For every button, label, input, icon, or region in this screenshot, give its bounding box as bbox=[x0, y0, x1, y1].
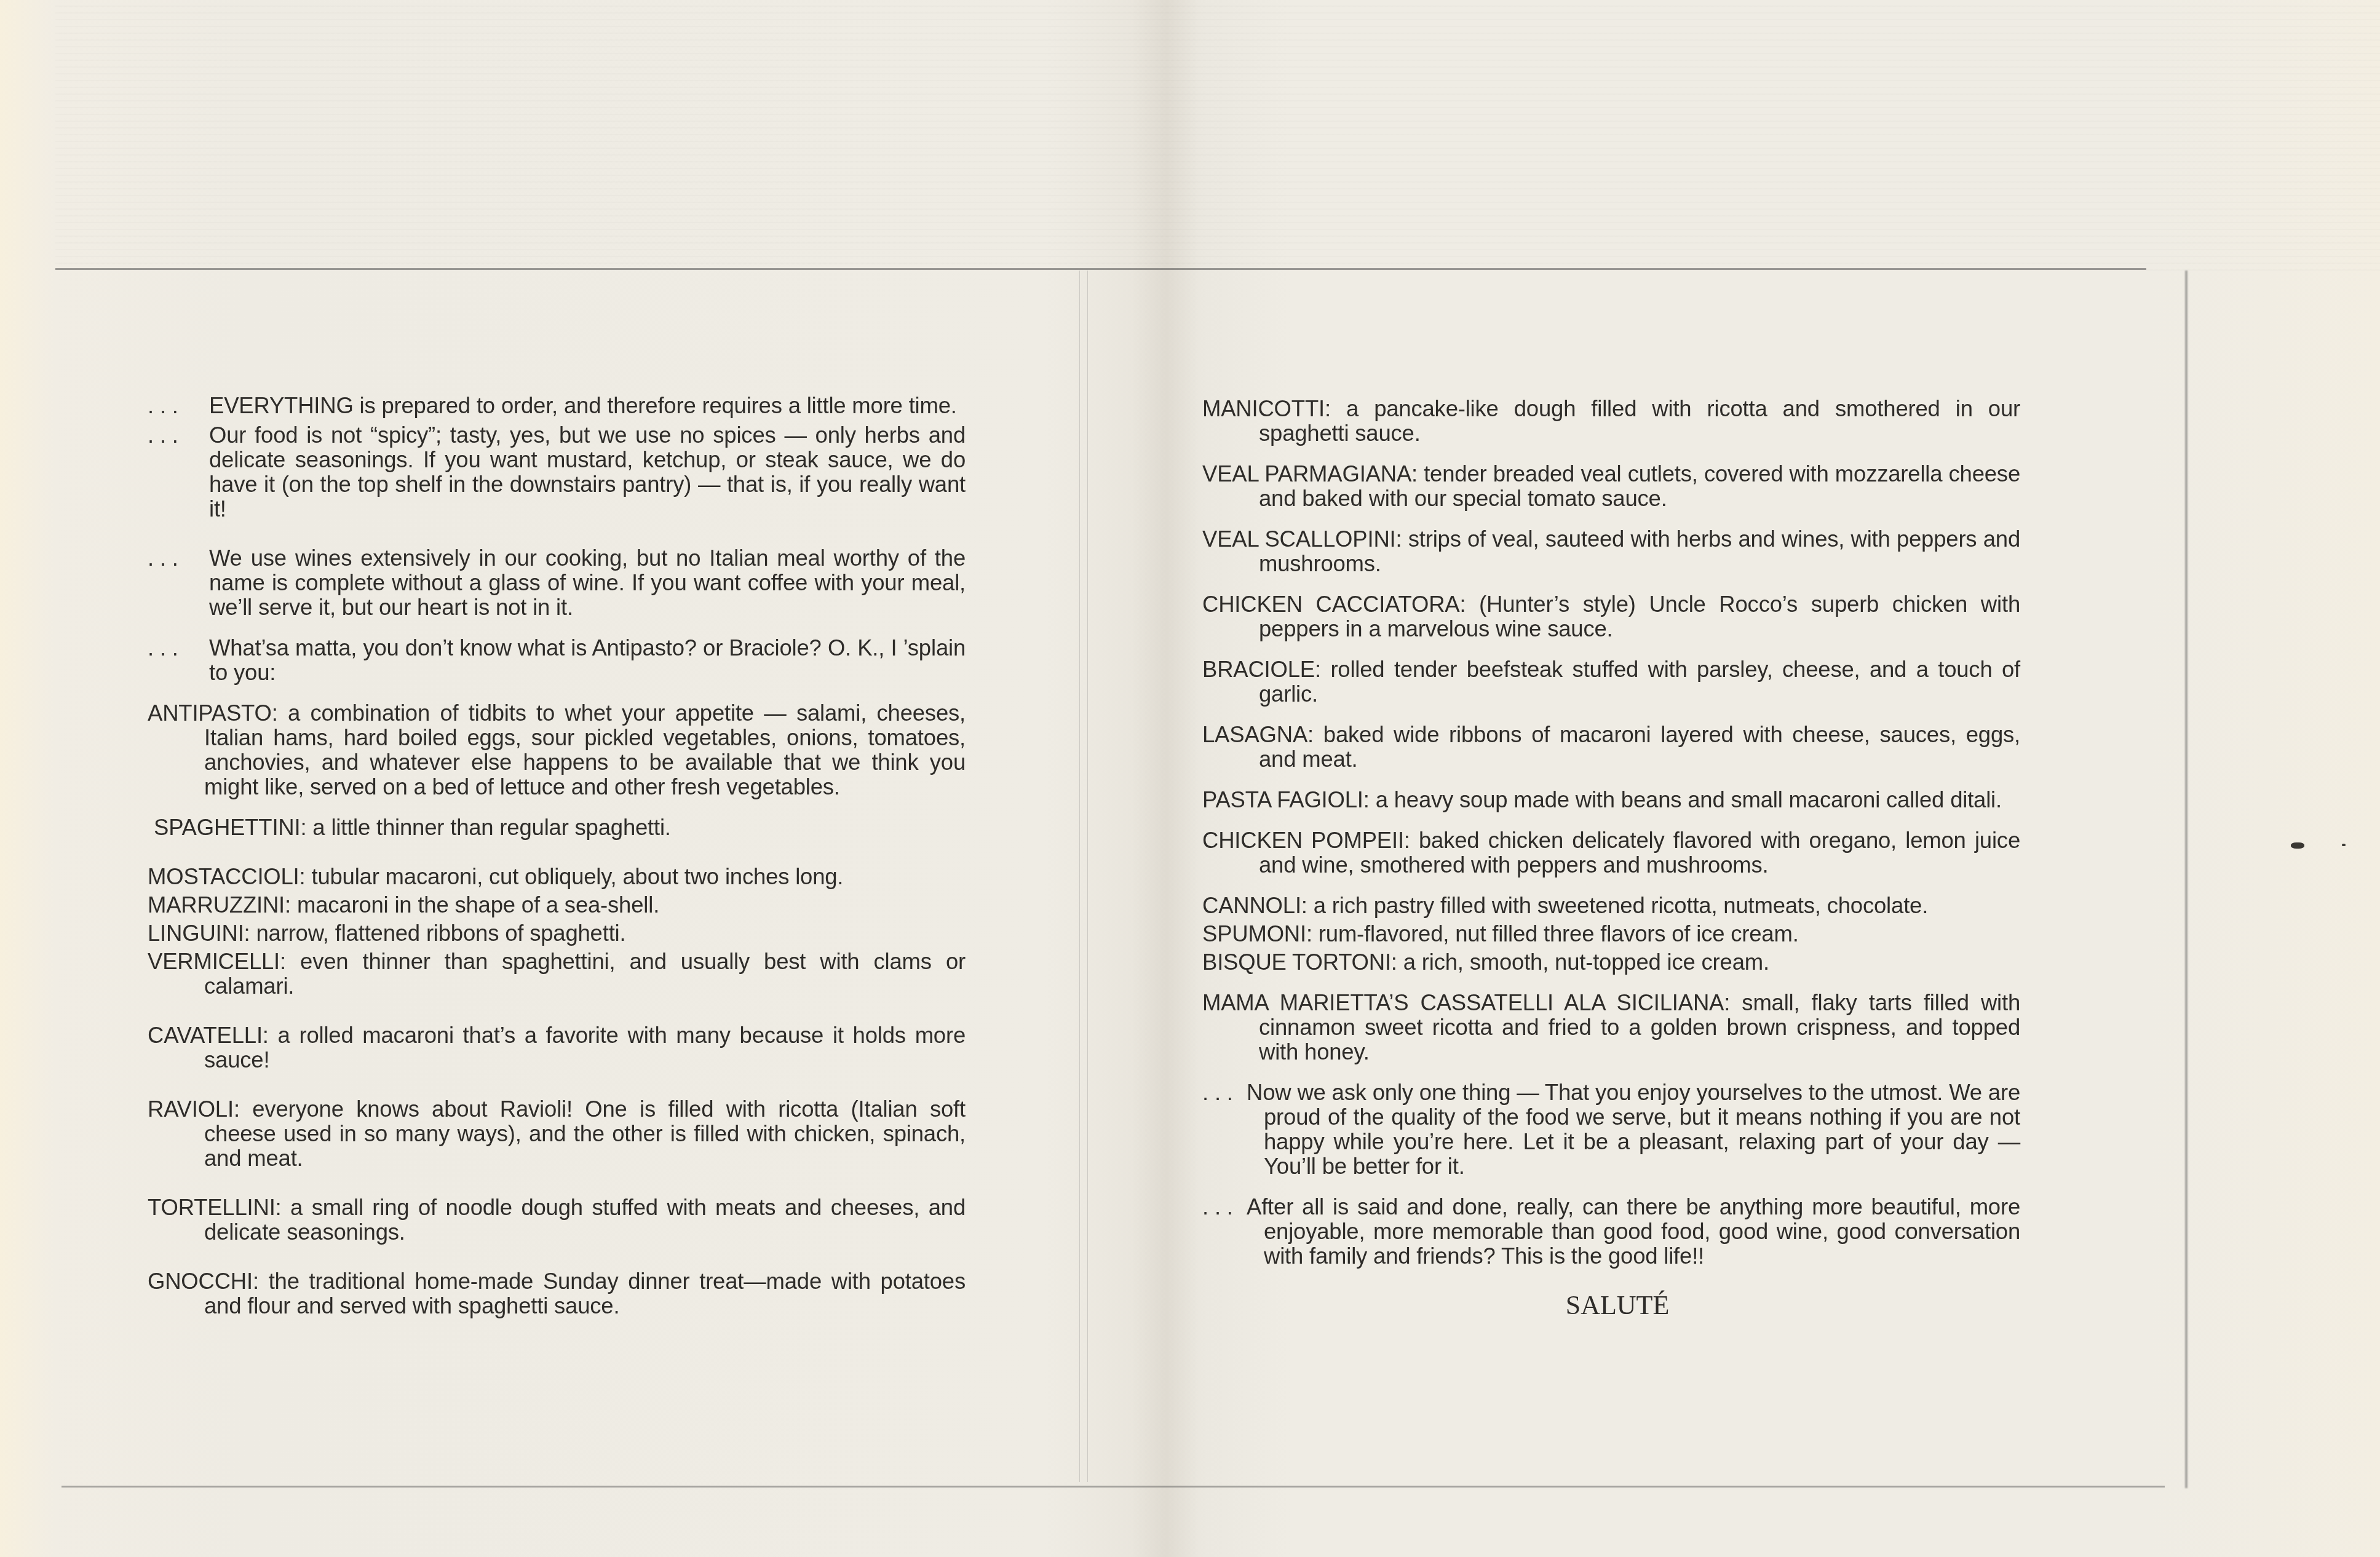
glossary-item-veal-scallopini: VEAL SCALLOPINI: strips of veal, sauteed… bbox=[1202, 527, 2020, 576]
glossary-item-manicotti: MANICOTTI: a pancake-like dough filled w… bbox=[1202, 397, 2020, 446]
paragraph-text: What’sa matta, you don’t know what is An… bbox=[209, 635, 966, 685]
glossary-definition: tubular macaroni, cut obliquely, about t… bbox=[311, 864, 843, 889]
scanned-top-margin bbox=[55, 0, 2380, 271]
glossary-term: TORTELLINI: bbox=[148, 1195, 282, 1220]
intro-paragraph: . . .We use wines extensively in our coo… bbox=[148, 546, 966, 620]
glossary-item-tortellini: TORTELLINI: a small ring of noodle dough… bbox=[148, 1195, 966, 1245]
glossary-term: VEAL PARMAGIANA: bbox=[1202, 461, 1418, 486]
glossary-definition: a pancake-like dough filled with ricotta… bbox=[1259, 396, 2020, 446]
glossary-item-pasta-fagioli: PASTA FAGIOLI: a heavy soup made with be… bbox=[1202, 788, 2020, 812]
ellipsis-lead: . . . bbox=[148, 636, 209, 660]
glossary-item-cavatelli: CAVATELLI: a rolled macaroni that’s a fa… bbox=[148, 1023, 966, 1072]
glossary-item-mostaccioli: MOSTACCIOLI: tubular macaroni, cut obliq… bbox=[148, 865, 966, 889]
ellipsis-lead: . . . bbox=[1202, 1080, 1247, 1105]
glossary-definition: baked wide ribbons of macaroni layered w… bbox=[1259, 722, 2020, 772]
glossary-term: ANTIPASTO: bbox=[148, 700, 278, 726]
glossary-definition: macaroni in the shape of a sea-shell. bbox=[297, 892, 659, 917]
glossary-definition: narrow, flattened ribbons of spaghetti. bbox=[256, 921, 626, 946]
paragraph-text: After all is said and done, really, can … bbox=[1247, 1194, 2020, 1269]
right-page-edge bbox=[2185, 271, 2188, 1488]
glossary-term: CHICKEN CACCIATORA: bbox=[1202, 592, 1466, 617]
paragraph-text: We use wines extensively in our cooking,… bbox=[209, 545, 966, 620]
glossary-term: CAVATELLI: bbox=[148, 1023, 269, 1048]
closing-paragraph: . . .After all is said and done, really,… bbox=[1202, 1195, 2020, 1269]
glossary-definition: rum-flavored, nut filled three flavors o… bbox=[1319, 921, 1799, 946]
glossary-definition: the traditional home-made Sunday dinner … bbox=[204, 1269, 966, 1318]
paragraph-text: Our food is not “spicy”; tasty, yes, but… bbox=[209, 422, 966, 521]
ellipsis-lead: . . . bbox=[148, 394, 209, 418]
glossary-term: RAVIOLI: bbox=[148, 1096, 240, 1122]
intro-paragraph: . . .Our food is not “spicy”; tasty, yes… bbox=[148, 423, 966, 521]
glossary-item-antipasto: ANTIPASTO: a combination of tidbits to w… bbox=[148, 701, 966, 799]
glossary-term: GNOCCHI: bbox=[148, 1269, 259, 1294]
glossary-item-cassatelli: MAMA MARIETTA’S CASSATELLI ALA SICILIANA… bbox=[1202, 991, 2020, 1064]
glossary-term: VERMICELLI: bbox=[148, 949, 286, 974]
glossary-term: BISQUE TORTONI: bbox=[1202, 949, 1397, 975]
glossary-definition: a heavy soup made with beans and small m… bbox=[1376, 787, 2002, 812]
top-fold-line bbox=[55, 268, 2146, 270]
glossary-definition: a rich, smooth, nut-topped ice cream. bbox=[1403, 949, 1769, 975]
glossary-item-braciole: BRACIOLE: rolled tender beefsteak stuffe… bbox=[1202, 657, 2020, 707]
ellipsis-lead: . . . bbox=[148, 546, 209, 571]
glossary-item-ravioli: RAVIOLI: everyone knows about Ravioli! O… bbox=[148, 1097, 966, 1171]
ellipsis-lead: . . . bbox=[1202, 1195, 1247, 1219]
glossary-item-lasagna: LASAGNA: baked wide ribbons of macaroni … bbox=[1202, 723, 2020, 772]
right-page-column: MANICOTTI: a pancake-like dough filled w… bbox=[1202, 397, 2020, 1318]
glossary-term: BRACIOLE: bbox=[1202, 657, 1321, 682]
glossary-term: CANNOLI: bbox=[1202, 893, 1307, 918]
signoff-salute: SALUTÉ bbox=[1202, 1293, 2020, 1318]
left-page-column: . . .EVERYTHING is prepared to order, an… bbox=[148, 394, 966, 1334]
glossary-item-bisque-tortoni: BISQUE TORTONI: a rich, smooth, nut-topp… bbox=[1202, 950, 2020, 975]
glossary-term: SPAGHETTINI: bbox=[154, 815, 306, 840]
faint-crease-line bbox=[1087, 271, 1088, 1482]
glossary-item-veal-parmagiana: VEAL PARMAGIANA: tender breaded veal cut… bbox=[1202, 462, 2020, 511]
glossary-item-linguini: LINGUINI: narrow, flattened ribbons of s… bbox=[148, 921, 966, 946]
paragraph-text: Now we ask only one thing — That you enj… bbox=[1247, 1080, 2020, 1179]
glossary-term: LASAGNA: bbox=[1202, 722, 1314, 747]
glossary-definition: a small ring of noodle dough stuffed wit… bbox=[204, 1195, 966, 1245]
glossary-item-gnocchi: GNOCCHI: the traditional home-made Sunda… bbox=[148, 1269, 966, 1318]
glossary-item-marruzzini: MARRUZZINI: macaroni in the shape of a s… bbox=[148, 893, 966, 917]
menu-sheet: . . .EVERYTHING is prepared to order, an… bbox=[0, 0, 2380, 1557]
closing-paragraph: . . .Now we ask only one thing — That yo… bbox=[1202, 1080, 2020, 1179]
glossary-definition: rolled tender beefsteak stuffed with par… bbox=[1259, 657, 2020, 707]
paragraph-text: EVERYTHING is prepared to order, and the… bbox=[209, 393, 957, 418]
glossary-item-cannoli: CANNOLI: a rich pastry filled with sweet… bbox=[1202, 893, 2020, 918]
glossary-definition: a combination of tidbits to whet your ap… bbox=[204, 700, 966, 799]
center-fold-crease bbox=[1132, 0, 1199, 1557]
glossary-term: LINGUINI: bbox=[148, 921, 250, 946]
glossary-term: MAMA MARIETTA’S CASSATELLI ALA SICILIANA… bbox=[1202, 990, 1730, 1015]
glossary-term: MARRUZZINI: bbox=[148, 892, 291, 917]
glossary-item-spumoni: SPUMONI: rum-flavored, nut filled three … bbox=[1202, 922, 2020, 946]
glossary-definition: a rolled macaroni that’s a favorite with… bbox=[204, 1023, 966, 1072]
glossary-definition: even thinner than spaghettini, and usual… bbox=[204, 949, 966, 999]
glossary-term: CHICKEN POMPEII: bbox=[1202, 828, 1410, 853]
glossary-definition: a little thinner than regular spaghetti. bbox=[312, 815, 670, 840]
glossary-term: MOSTACCIOLI: bbox=[148, 864, 306, 889]
glossary-item-vermicelli: VERMICELLI: even thinner than spaghettin… bbox=[148, 949, 966, 999]
glossary-item-chicken-cacciatora: CHICKEN CACCIATORA: (Hunter’s style) Unc… bbox=[1202, 592, 2020, 641]
glossary-term: SPUMONI: bbox=[1202, 921, 1312, 946]
ink-speck bbox=[2291, 842, 2304, 849]
bottom-fold-line bbox=[61, 1486, 2165, 1488]
ellipsis-lead: . . . bbox=[148, 423, 209, 448]
faint-crease-line bbox=[1079, 271, 1080, 1482]
glossary-term: MANICOTTI: bbox=[1202, 396, 1331, 421]
glossary-item-spaghettini: SPAGHETTINI: a little thinner than regul… bbox=[154, 815, 966, 840]
intro-paragraph: . . .What’sa matta, you don’t know what … bbox=[148, 636, 966, 685]
glossary-item-chicken-pompeii: CHICKEN POMPEII: baked chicken delicatel… bbox=[1202, 828, 2020, 878]
glossary-definition: a rich pastry filled with sweetened rico… bbox=[1314, 893, 1928, 918]
glossary-term: VEAL SCALLOPINI: bbox=[1202, 526, 1402, 552]
intro-paragraph: . . .EVERYTHING is prepared to order, an… bbox=[148, 394, 966, 418]
glossary-term: PASTA FAGIOLI: bbox=[1202, 787, 1370, 812]
glossary-definition: everyone knows about Ravioli! One is fil… bbox=[204, 1096, 966, 1171]
ink-speck bbox=[2342, 844, 2346, 846]
